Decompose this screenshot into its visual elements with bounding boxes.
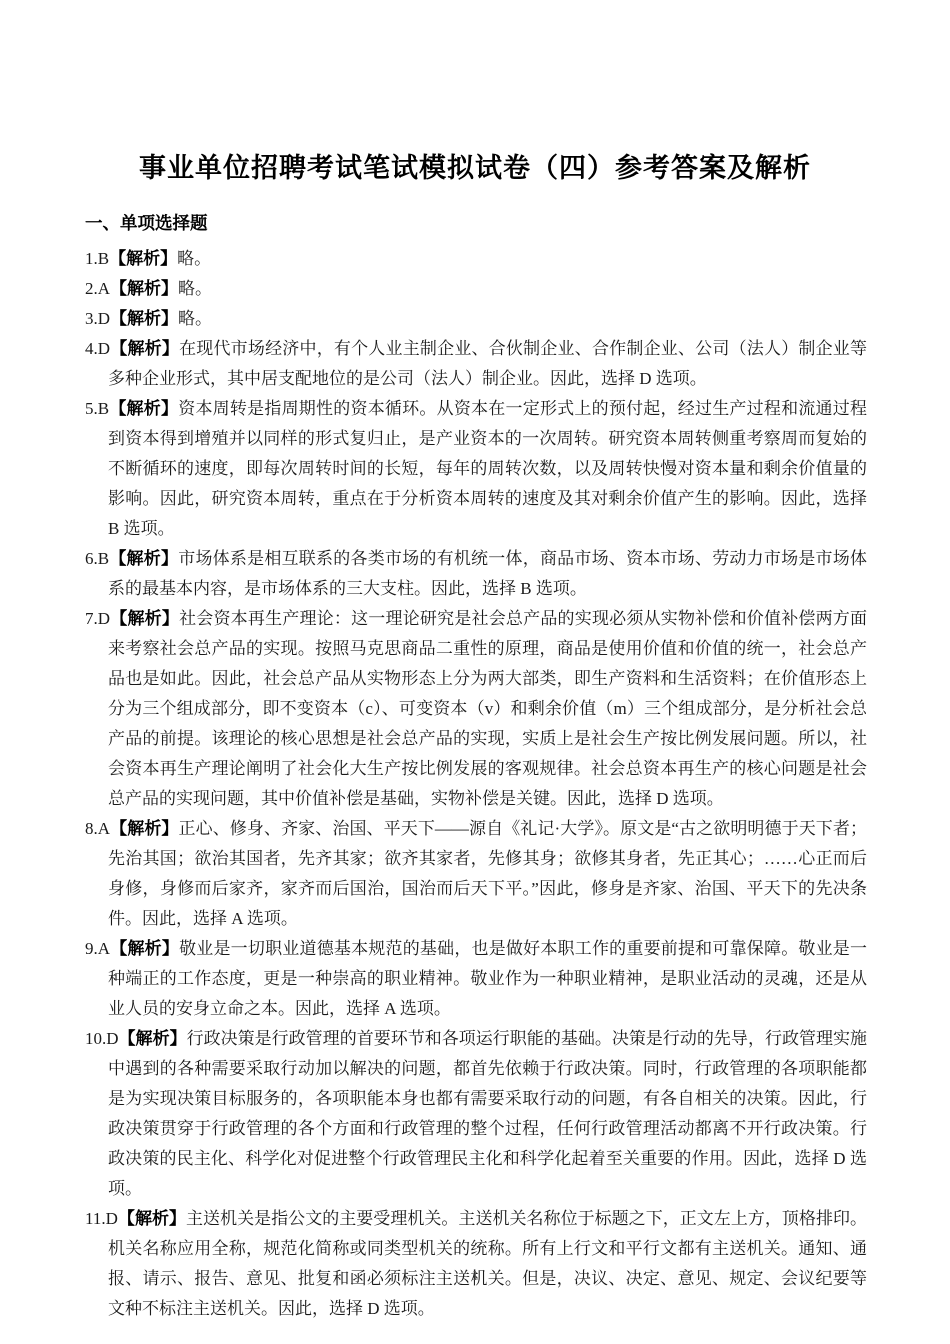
document-page: 事业单位招聘考试笔试模拟试卷（四）参考答案及解析 一、单项选择题 1.B【解析】… xyxy=(0,0,950,1344)
analysis-text: 略。 xyxy=(178,279,212,298)
analysis-text: 主送机关是指公文的主要受理机关。主送机关名称位于标题之下，正文左上方，顶格排印。… xyxy=(108,1209,867,1318)
answers-content: 一、单项选择题 1.B【解析】略。 2.A【解析】略。 3.D【解析】略。 4.… xyxy=(85,208,867,1324)
answer-number: 1.B xyxy=(85,249,109,268)
answer-item: 7.D【解析】社会资本再生产理论：这一理论研究是社会总产品的实现必须从实物补偿和… xyxy=(85,604,867,814)
answer-item: 8.A【解析】正心、修身、齐家、治国、平天下——源自《礼记·大学》。原文是“古之… xyxy=(85,814,867,934)
answer-number: 5.B xyxy=(85,399,109,418)
analysis-text: 略。 xyxy=(177,249,211,268)
answer-number: 4.D xyxy=(85,339,110,358)
analysis-label: 【解析】 xyxy=(109,399,178,418)
analysis-text: 市场体系是相互联系的各类市场的有机统一体，商品市场、资本市场、劳动力市场是市场体… xyxy=(108,549,867,598)
page-title: 事业单位招聘考试笔试模拟试卷（四）参考答案及解析 xyxy=(0,146,950,185)
analysis-label: 【解析】 xyxy=(110,279,178,298)
answer-number: 11.D xyxy=(85,1209,118,1228)
answer-item: 11.D【解析】主送机关是指公文的主要受理机关。主送机关名称位于标题之下，正文左… xyxy=(85,1204,867,1324)
answer-item: 4.D【解析】在现代市场经济中，有个人业主制企业、合伙制企业、合作制企业、公司（… xyxy=(85,334,867,394)
analysis-label: 【解析】 xyxy=(109,549,178,568)
answer-item: 5.B【解析】资本周转是指周期性的资本循环。从资本在一定形式上的预付起，经过生产… xyxy=(85,394,867,544)
answer-number: 2.A xyxy=(85,279,110,298)
analysis-text: 在现代市场经济中，有个人业主制企业、合伙制企业、合作制企业、公司（法人）制企业等… xyxy=(108,339,867,388)
analysis-text: 敬业是一切职业道德基本规范的基础，也是做好本职工作的重要前提和可靠保障。敬业是一… xyxy=(108,939,867,1018)
analysis-label: 【解析】 xyxy=(109,249,177,268)
analysis-label: 【解析】 xyxy=(110,819,178,838)
answer-item: 3.D【解析】略。 xyxy=(85,304,867,334)
page-number: 1 xyxy=(0,1268,950,1285)
analysis-label: 【解析】 xyxy=(110,339,179,358)
analysis-text: 资本周转是指周期性的资本循环。从资本在一定形式上的预付起，经过生产过程和流通过程… xyxy=(108,399,867,538)
answer-item: 10.D【解析】行政决策是行政管理的首要环节和各项运行职能的基础。决策是行动的先… xyxy=(85,1024,867,1204)
analysis-label: 【解析】 xyxy=(110,609,179,628)
analysis-label: 【解析】 xyxy=(119,1029,187,1048)
analysis-text: 正心、修身、齐家、治国、平天下——源自《礼记·大学》。原文是“古之欲明明德于天下… xyxy=(108,819,867,928)
answer-item: 6.B【解析】市场体系是相互联系的各类市场的有机统一体，商品市场、资本市场、劳动… xyxy=(85,544,867,604)
analysis-text: 社会资本再生产理论：这一理论研究是社会总产品的实现必须从实物补偿和价值补偿两方面… xyxy=(108,609,867,808)
answer-item: 2.A【解析】略。 xyxy=(85,274,867,304)
answer-number: 7.D xyxy=(85,609,110,628)
analysis-label: 【解析】 xyxy=(110,939,179,958)
answer-number: 6.B xyxy=(85,549,109,568)
section-heading: 一、单项选择题 xyxy=(85,208,867,238)
answer-number: 3.D xyxy=(85,309,110,328)
analysis-text: 略。 xyxy=(178,309,212,328)
answer-number: 9.A xyxy=(85,939,110,958)
answer-number: 10.D xyxy=(85,1029,119,1048)
analysis-label: 【解析】 xyxy=(110,309,178,328)
analysis-text: 行政决策是行政管理的首要环节和各项运行职能的基础。决策是行动的先导，行政管理实施… xyxy=(108,1029,867,1198)
answer-item: 1.B【解析】略。 xyxy=(85,244,867,274)
answer-number: 8.A xyxy=(85,819,110,838)
answer-item: 9.A【解析】敬业是一切职业道德基本规范的基础，也是做好本职工作的重要前提和可靠… xyxy=(85,934,867,1024)
analysis-label: 【解析】 xyxy=(118,1209,186,1228)
